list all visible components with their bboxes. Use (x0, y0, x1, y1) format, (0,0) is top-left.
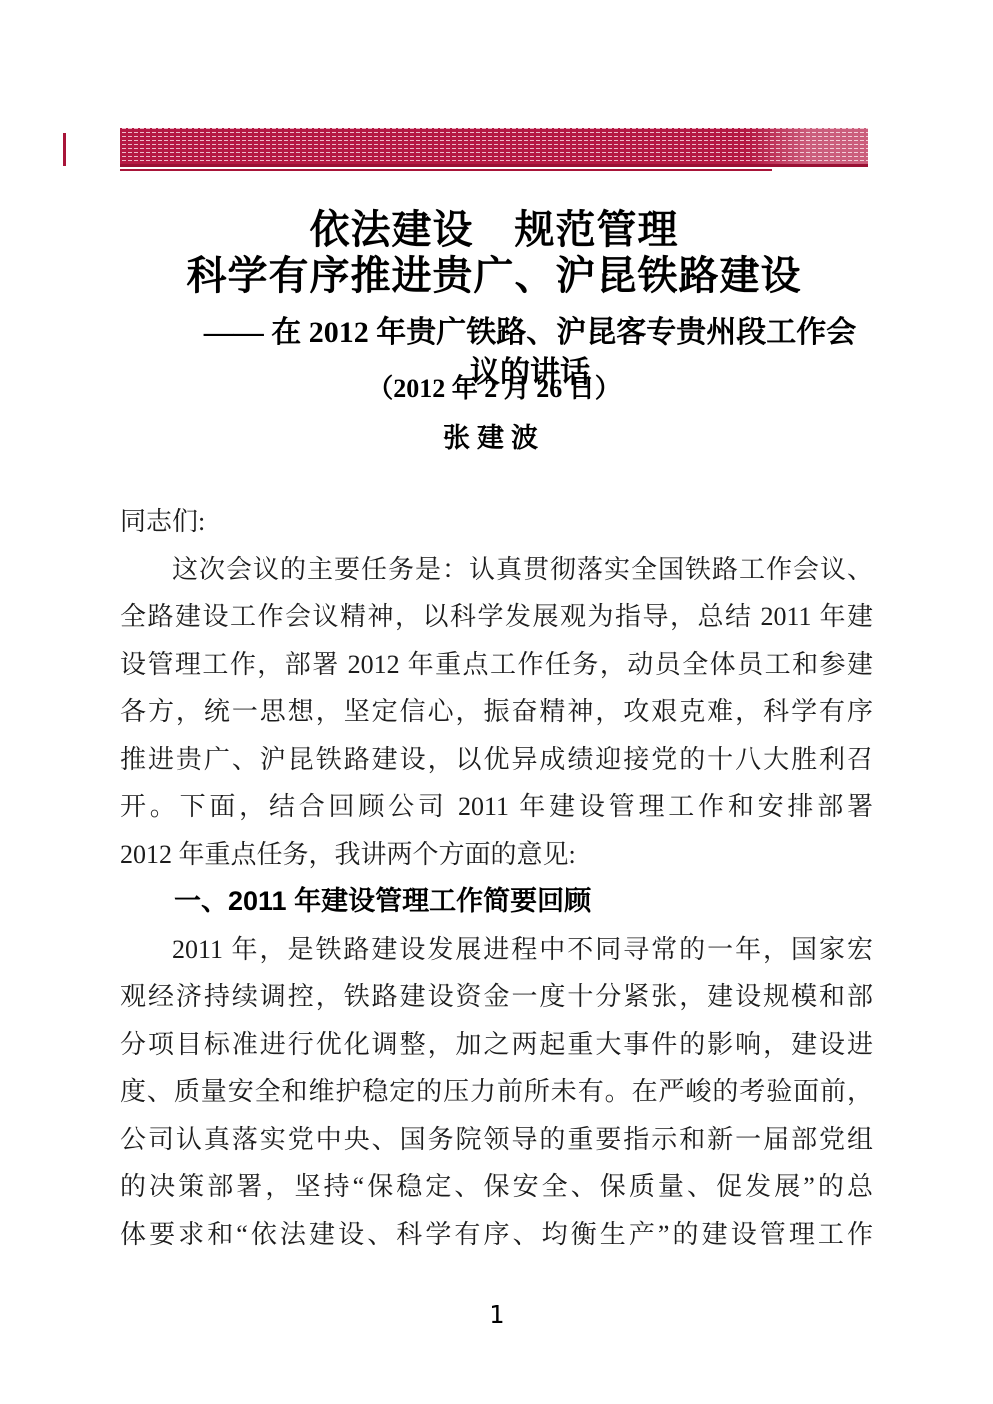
body-line: 的决策部署，坚持“保稳定、保安全、保质量、促发展”的总 (120, 1163, 873, 1211)
salutation: 同志们: (120, 498, 873, 546)
document-title-line2: 科学有序推进贵广、沪昆铁路建设 (120, 253, 868, 299)
left-margin-tick (63, 133, 66, 166)
body-line: 分项目标准进行优化调整，加之两起重大事件的影响，建设进 (120, 1021, 873, 1069)
document-author: 张建波 (120, 416, 868, 455)
body-line: 2011 年，是铁路建设发展进程中不同寻常的一年，国家宏 (120, 926, 873, 974)
document-body: 同志们: 这次会议的主要任务是：认真贯彻落实全国铁路工作会议、全路建设工作会议精… (120, 498, 873, 1258)
body-line: 观经济持续调控，铁路建设资金一度十分紧张，建设规模和部 (120, 973, 873, 1021)
body-line: 体要求和“依法建设、科学有序、均衡生产”的建设管理工作 (120, 1211, 873, 1259)
body-line: 设管理工作，部署 2012 年重点工作任务，动员全体员工和参建 (120, 641, 873, 689)
section-heading: 一、2011 年建设管理工作简要回顾 (120, 878, 873, 926)
body-line: 开。下面，结合回顾公司 2011 年建设管理工作和安排部署 (120, 783, 873, 831)
body-line: 推进贵广、沪昆铁路建设，以优异成绩迎接党的十八大胜利召 (120, 736, 873, 784)
body-line: 公司认真落实党中央、国务院领导的重要指示和新一届部党组 (120, 1116, 873, 1164)
document-date: （2012 年 2 月 26 日） (120, 368, 868, 405)
page-number: 1 (0, 1300, 993, 1329)
body-line: 全路建设工作会议精神，以科学发展观为指导，总结 2011 年建 (120, 593, 873, 641)
body-line: 2012 年重点任务，我讲两个方面的意见: (120, 831, 873, 879)
body-line: 各方，统一思想，坚定信心，振奋精神，攻艰克难，科学有序 (120, 688, 873, 736)
header-banner (120, 128, 868, 167)
header-banner-underline (120, 169, 772, 171)
title-block: 依法建设 规范管理 科学有序推进贵广、沪昆铁路建设 (120, 207, 868, 299)
document-title-line1: 依法建设 规范管理 (120, 207, 868, 253)
body-line: 度、质量安全和维护稳定的压力前所未有。在严峻的考验面前， (120, 1068, 873, 1116)
document-page: 依法建设 规范管理 科学有序推进贵广、沪昆铁路建设 —— 在 2012 年贵广铁… (0, 0, 993, 1404)
body-line: 这次会议的主要任务是：认真贯彻落实全国铁路工作会议、 (120, 546, 873, 594)
body-lines: 这次会议的主要任务是：认真贯彻落实全国铁路工作会议、全路建设工作会议精神，以科学… (120, 546, 873, 1259)
